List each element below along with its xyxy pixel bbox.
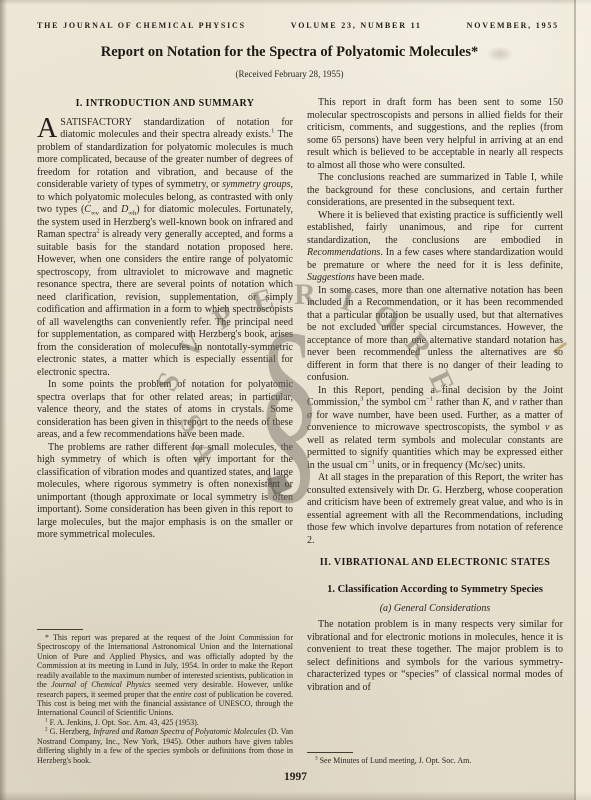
paragraph-intro-text: SATISFACTORY standardization of notation…: [37, 117, 293, 378]
journal-masthead: THE JOURNAL OF CHEMICAL PHYSICS VOLUME 2…: [37, 21, 559, 30]
journal-page: THE JOURNAL OF CHEMICAL PHYSICS VOLUME 2…: [0, 0, 591, 800]
received-date: (Received February 28, 1955): [10, 69, 569, 79]
footnote-rule: [37, 629, 83, 630]
paragraph: The notation problem is in many respects…: [307, 619, 563, 694]
subsection-1-heading: 1. Classification According to Symmetry …: [307, 583, 563, 596]
paragraph: The problems are rather different for sm…: [37, 442, 293, 542]
paragraph-intro: ASATISFACTORY standardization of notatio…: [37, 117, 293, 380]
paragraph: In some points the problem of notation f…: [37, 379, 293, 442]
page-number: 1997: [0, 771, 591, 783]
article-body: I. INTRODUCTION AND SUMMARY ASATISFACTOR…: [37, 97, 563, 765]
section-2-heading: II. VIBRATIONAL AND ELECTRONIC STATES: [307, 557, 563, 570]
article-title: Report on Notation for the Spectra of Po…: [10, 44, 569, 61]
paragraph: In some cases, more than one alternative…: [307, 285, 563, 385]
subsection-a-heading: (a) General Considerations: [307, 603, 563, 616]
journal-date: NOVEMBER, 1955: [467, 21, 559, 30]
reference-1: 1 F. A. Jenkins, J. Opt. Soc. Am. 43, 42…: [37, 718, 293, 727]
dropcap-letter: A: [37, 117, 60, 140]
footnote-rule: [307, 752, 353, 753]
paragraph: Where it is believed that existing pract…: [307, 210, 563, 285]
left-column: I. INTRODUCTION AND SUMMARY ASATISFACTOR…: [37, 97, 293, 765]
scan-edge-left: [0, 0, 7, 800]
reference-2: 2 G. Herzberg, Infrared and Raman Spectr…: [37, 727, 293, 765]
section-1-heading: I. INTRODUCTION AND SUMMARY: [37, 98, 293, 111]
scan-strip-right: [576, 0, 591, 800]
journal-name: THE JOURNAL OF CHEMICAL PHYSICS: [37, 21, 246, 30]
paragraph: At all stages in the preparation of this…: [307, 472, 563, 547]
scan-edge-bottom: [0, 791, 591, 800]
journal-volume: VOLUME 23, NUMBER 11: [291, 21, 422, 30]
paragraph: This report in draft form has been sent …: [307, 97, 563, 172]
scan-edge-top: [0, 0, 591, 5]
paragraph: In this Report, pending a final decision…: [307, 385, 563, 473]
right-footnotes: 3 See Minutes of Lund meeting, J. Opt. S…: [307, 746, 563, 765]
reference-3: 3 See Minutes of Lund meeting, J. Opt. S…: [307, 756, 563, 765]
footnote-star: * This report was prepared at the reques…: [37, 633, 293, 718]
right-column: This report in draft form has been sent …: [307, 97, 563, 765]
left-footnotes: * This report was prepared at the reques…: [37, 623, 293, 765]
paragraph: The conclusions reached are summarized i…: [307, 172, 563, 210]
